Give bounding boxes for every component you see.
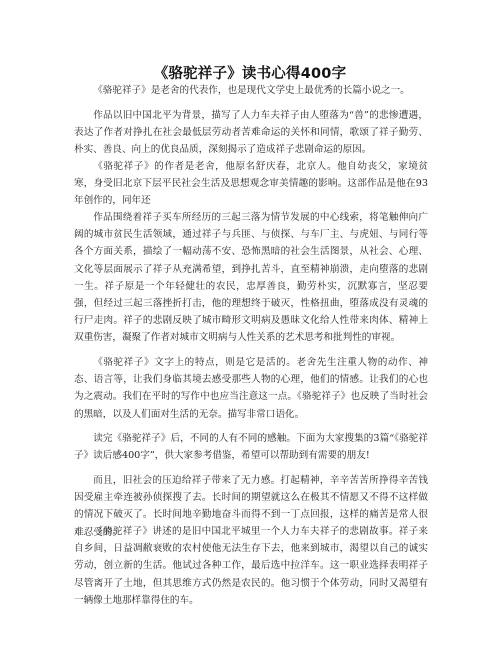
paragraph-3: 《骆驼祥子》的作者是老舍，他原名舒庆春，北京人。他自幼丧父，家境贫寒，身受旧北京… <box>74 158 428 210</box>
paragraph-8: 《骆驼祥子》讲述的是旧中国北平城里一个人力车夫祥子的悲剧故事。祥子来自乡间，日益… <box>74 523 428 609</box>
paragraph-6: 读完《骆驼祥子》后，不同的人有不同的感触。下面为大家搜集的3篇“《骆驼祥子》读后… <box>74 430 428 464</box>
paragraph-1: 《骆驼祥子》是老舍的代表作，也是现代文学史上最优秀的长篇小说之一。 <box>74 82 428 99</box>
paragraph-4: 作品围绕着祥子买车所经历的三起三落为情节发展的中心线索，将笔触伸向广阔的城市贫民… <box>74 209 428 347</box>
paragraph-2: 作品以旧中国北平为背景，描写了人力车夫祥子由人堕落为“兽”的悲惨遭遇，表达了作者… <box>74 107 428 159</box>
paragraph-5: 《骆驼祥子》文字上的特点，则是它是活的。老舍先生注重人物的动作、神态、语言等，让… <box>74 354 428 423</box>
document-title: 《骆驼祥子》读书心得400字 <box>0 62 500 83</box>
document-page: 《骆驼祥子》读书心得400字 《骆驼祥子》是老舍的代表作，也是现代文学史上最优秀… <box>0 0 500 647</box>
